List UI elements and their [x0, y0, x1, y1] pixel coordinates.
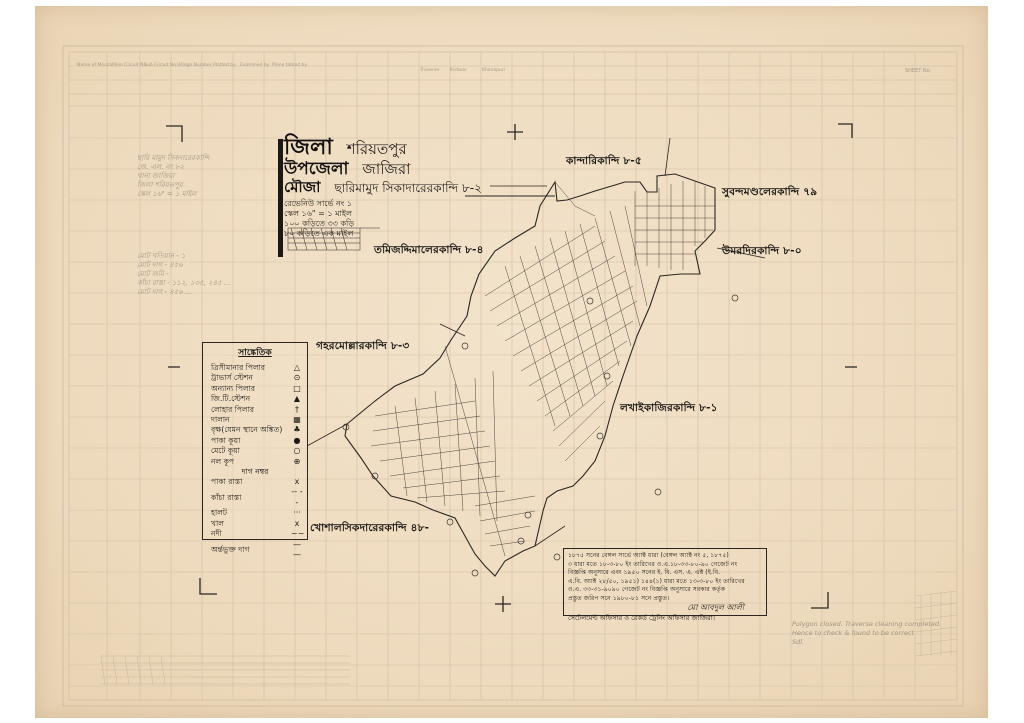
- mouza-value: ছারিমামুদ সিকাদারেরকান্দি ৮-২: [334, 182, 481, 194]
- legend-item: হালট···: [203, 508, 307, 518]
- note-line: ৩ ধারা মতে ১৮-৩-৮০ ইং তারিখের ও.এ.১৮-৩৩-…: [568, 561, 762, 570]
- legend-item-label: পাকা রাস্তা: [211, 477, 242, 487]
- legend-item: বৃক্ষ(যেমন স্থানে অঙ্কিত)♣: [203, 425, 307, 435]
- canal-icon: x: [291, 519, 303, 529]
- adjacent-mouza-tomizuddimalerkandi: তমিজদ্দিমালেরকান্দি ৮-৪: [374, 243, 484, 260]
- legend-item-label: জি.টি.স্টেশন: [211, 394, 250, 404]
- sheet-number-label: SHEET No.: [905, 68, 931, 74]
- header-col-main-circuit: Main Circuit No.: [112, 63, 148, 68]
- upazila-label: উপজেলা: [284, 161, 348, 178]
- meta-chains-per-mile: ৮০ কড়িতে এক মাইল: [284, 229, 482, 239]
- upazila-value: জাজিরা: [362, 162, 410, 177]
- legend-item: মেটে কূয়া○: [203, 446, 307, 456]
- building-icon: ▦: [291, 415, 303, 425]
- legend-item-label: অন্যান্য পিলার: [211, 384, 255, 394]
- side-note-line: স্কেল ১৬" = ১ মাইল: [137, 190, 209, 199]
- map-grid-and-parcels: [35, 6, 988, 718]
- legend-item-label: লোহার পিলার: [211, 405, 254, 415]
- note-line: ও.এ. ৩৩-৩১-৯০৯০ গেজেট নং বিজ্ঞপ্তি অনুসা…: [568, 586, 762, 595]
- note-line: বিজ্ঞপ্তি অনুসারে এবং ১৯৫০ সনের ই. বি. এ…: [568, 569, 762, 578]
- header-col-sub-circuit: Sub Circuit No.: [144, 63, 177, 68]
- adjacent-mouza-subandamondolerkandi: সুবন্দমণ্ডলেরকান্দি ৭৯: [722, 185, 817, 202]
- map-legend: সাঙ্কেতিক ত্রিসীমানার পিলার△ ট্রাভার্স স…: [202, 342, 308, 540]
- legend-item: পাকা কূয়া●: [203, 436, 307, 446]
- side-note-line: ছারি মামুদ সিকদারেরকান্দি: [137, 154, 209, 163]
- pencil-note-line: Hence to check & found to be correct: [792, 629, 941, 638]
- legend-item-label: মেটে কূয়া: [211, 446, 240, 456]
- map-title-block: জিলা শরিয়তপুর উপজেলা জাজিরা মৌজা ছারিমা…: [284, 137, 482, 239]
- english-pencil-notes: Polygon closed. Traverse cleaning comple…: [792, 620, 941, 647]
- side-note-line: মোট খতিয়ান - ১: [137, 252, 231, 261]
- side-note-line: মোট জমি -: [137, 270, 231, 279]
- header-col-village-number: Village Number: [177, 63, 212, 68]
- side-notes-upper: ছারি মামুদ সিকদারেরকান্দি জে. এল. নং ৮২ …: [137, 154, 209, 199]
- paved-road-icon: x: [291, 477, 303, 487]
- legend-item-label: ট্রাভার্স স্টেশন: [211, 373, 253, 383]
- legend-item: অন্যান্য পিলার□: [203, 384, 307, 394]
- note-line: ১৮৭৫ সনের বেঙ্গল সার্ভে অ্যাক্ট ধারা (বে…: [568, 552, 762, 561]
- meta-chain-ratio: ১০০ কড়িতে ৩৩ কড়ি: [284, 219, 482, 229]
- included-plot-icon: — —: [291, 540, 303, 561]
- other-pillar-icon: □: [291, 384, 303, 394]
- legend-item-label: নল কূপ: [211, 457, 234, 467]
- adjacent-mouza-khoshalsikdarerkandi: খোশালসিকদারেরকান্দি ৪৮-: [310, 521, 429, 538]
- header-col-traverse: Traverse: [420, 68, 439, 73]
- pencil-note-line: Sdl.: [792, 638, 941, 647]
- gazette-notification-box: ১৮৭৫ সনের বেঙ্গল সার্ভে অ্যাক্ট ধারা (বে…: [563, 548, 767, 616]
- district-label: জিলা: [284, 137, 333, 159]
- tree-icon: ♣: [291, 425, 303, 435]
- meta-scale: স্কেল ১৬" = ১ মাইল: [284, 209, 482, 219]
- legend-title: সাঙ্কেতিক: [203, 345, 307, 360]
- legend-item: দালান▦: [203, 415, 307, 425]
- legend-item: নদী~~: [203, 529, 307, 539]
- officer-designation: সেটেলমেন্ট অফিসার ও রেকর্ড ট্রেনিং অফিসা…: [568, 614, 762, 623]
- side-note-line: মোট দাগ - ৪৫৬ ...: [137, 288, 231, 297]
- legend-item-label: হালট: [211, 508, 227, 518]
- side-note-line: কাঁচা রাস্তা - ১১২, ১৩৫, ২৪৫ ...: [137, 279, 231, 288]
- side-note-line: জিলা শরিয়তপুর: [137, 181, 209, 190]
- halot-path-icon: ···: [291, 508, 303, 518]
- side-notes-lower: মোট খতিয়ান - ১ মোট দাগ - ৪৫৬ মোট জমি - …: [137, 252, 231, 297]
- header-col-plotted-by: Plotted by: [213, 63, 236, 68]
- legend-item: খালx: [203, 519, 307, 529]
- side-note-line: মোট দাগ - ৪৫৬: [137, 261, 231, 270]
- title-bar-decoration: [278, 139, 283, 257]
- legend-item: পাকা রাস্তাx: [203, 477, 307, 487]
- note-line: প্রস্তুত জরিপ সনে ১৯৮০-৮১ সনে প্রস্তুত।: [568, 595, 762, 604]
- adjacent-mouza-goharmollarkandi: গহরমোল্লারকান্দি ৮-৩: [316, 339, 409, 356]
- header-col-examined-by: Examined by: [240, 63, 269, 68]
- district-value: শরিয়তপুর: [347, 142, 407, 157]
- legend-item-label: খাল: [211, 519, 224, 529]
- title-meta: রেভেনিউ সার্ভে নং ১ স্কেল ১৬" = ১ মাইল ১…: [284, 199, 482, 239]
- tube-well-icon: ⊕: [291, 457, 303, 467]
- note-line: এ.বি. অ্যাক্ট ২৮/৫০, ১৯৫১) ১৪৪(১) ধারা ম…: [568, 578, 762, 587]
- header-col-kistwar: Kistwar: [450, 68, 467, 73]
- legend-item: লোহার পিলার†: [203, 405, 307, 415]
- mouza-label: মৌজা: [284, 180, 320, 195]
- legend-item: কাঁচা রাস্তা-- --: [203, 487, 307, 508]
- legend-item-label: দালান: [211, 415, 230, 425]
- legend-subheading: দাগ নম্বর: [203, 467, 307, 477]
- earthen-well-icon: ○: [291, 446, 303, 456]
- adjacent-mouza-kandarikandi: কান্দারিকান্দি ৮-৫: [566, 154, 642, 171]
- legend-item: নল কূপ⊕: [203, 457, 307, 467]
- unpaved-road-icon: -- --: [291, 487, 303, 508]
- header-col-khanapuri: Khanapuri: [482, 68, 505, 73]
- header-col-name-of-mouza: Name of Mouza: [77, 63, 112, 68]
- river-icon: ~~: [291, 529, 303, 539]
- gt-station-icon: ▲: [291, 394, 303, 404]
- adjacent-mouza-umordirkandi: উমরদিরকান্দি ৮-০: [722, 244, 802, 261]
- traverse-station-icon: ⊙: [291, 373, 303, 383]
- legend-item: ট্রাভার্স স্টেশন⊙: [203, 373, 307, 383]
- legend-item: জি.টি.স্টেশন▲: [203, 394, 307, 404]
- tri-junction-pillar-icon: △: [291, 363, 303, 373]
- map-sheet: Name of Mouza Main Circuit No. Sub Circu…: [35, 6, 988, 718]
- iron-pillar-icon: †: [291, 405, 303, 415]
- legend-item-label: ত্রিসীমানার পিলার: [211, 363, 265, 373]
- side-note-line: থানা জাজিরা: [137, 172, 209, 181]
- legend-item: অর্ন্তভুক্ত দাগ— —: [203, 540, 307, 561]
- pencil-note-line: Polygon closed. Traverse cleaning comple…: [792, 620, 941, 629]
- officer-signature: মো আবদুল আলী: [568, 604, 762, 613]
- legend-item-label: পাকা কূয়া: [211, 436, 240, 446]
- legend-item-label: অর্ন্তভুক্ত দাগ: [211, 545, 249, 555]
- masonry-well-icon: ●: [291, 436, 303, 446]
- header-col-plane-tabled-by: Plane tabled by: [272, 63, 307, 68]
- legend-item-label: বৃক্ষ(যেমন স্থানে অঙ্কিত): [211, 425, 282, 435]
- meta-revenue-survey: রেভেনিউ সার্ভে নং ১: [284, 199, 482, 209]
- adjacent-mouza-lakhaikazirkandi: লখাইকাজিরকান্দি ৮-১: [620, 401, 718, 418]
- legend-item-label: নদী: [211, 529, 222, 539]
- legend-item-label: কাঁচা রাস্তা: [211, 493, 241, 503]
- side-note-line: জে. এল. নং ৮২: [137, 163, 209, 172]
- legend-item: ত্রিসীমানার পিলার△: [203, 363, 307, 373]
